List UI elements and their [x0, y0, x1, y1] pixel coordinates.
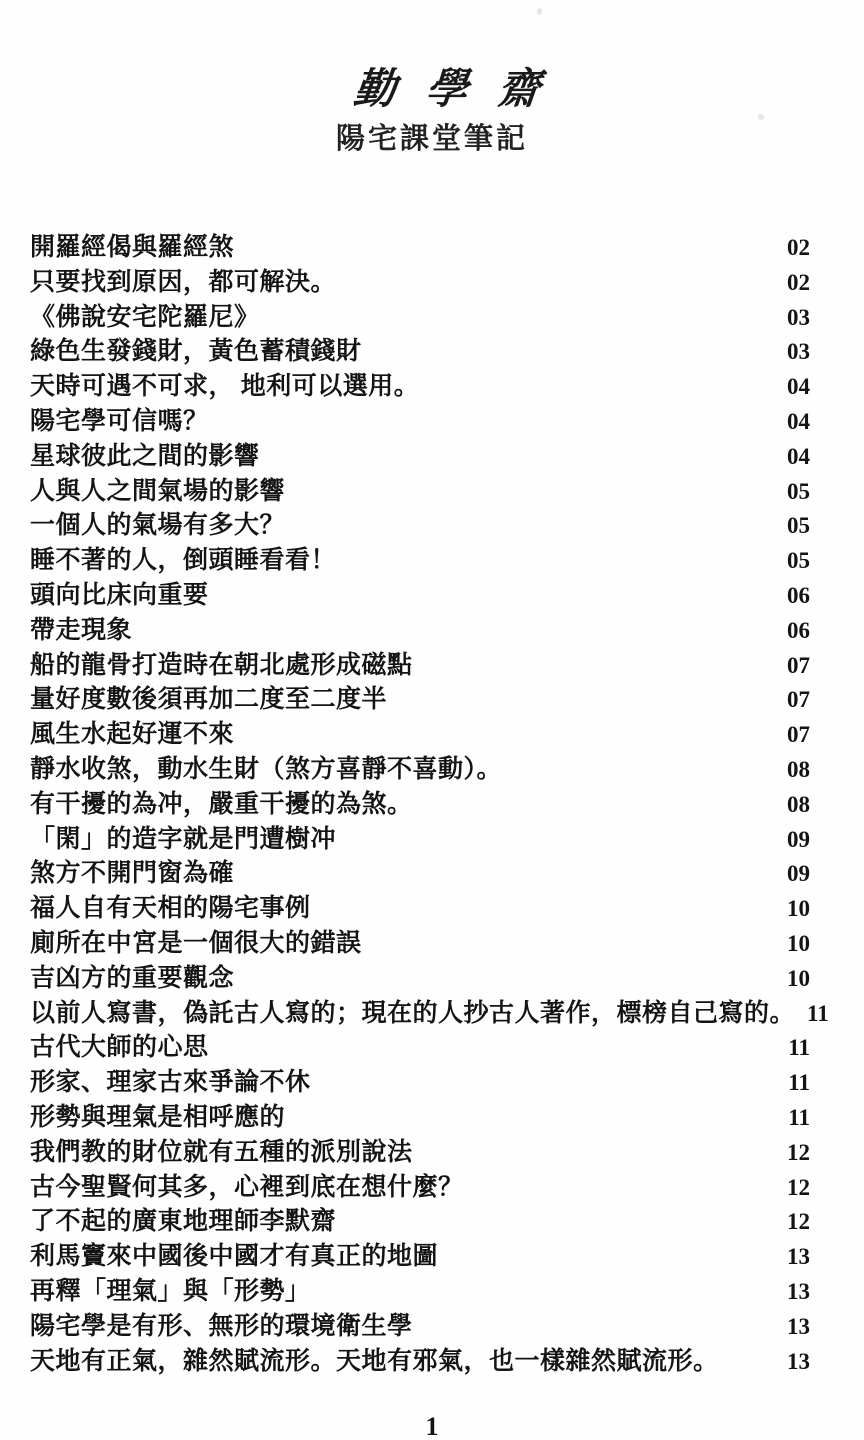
- toc-entry-title: 形勢與理氣是相呼應的: [30, 1101, 285, 1136]
- toc-entry-page: 13: [787, 1240, 810, 1275]
- toc-entry-title: 綠色生發錢財，黃色蓄積錢財: [30, 335, 362, 370]
- toc-entry: 陽宅學可信嗎？04: [30, 405, 810, 440]
- toc-entry: 吉凶方的重要觀念10: [30, 962, 810, 997]
- toc-entry-page: 05: [787, 475, 810, 510]
- toc-entry-page: 11: [788, 1101, 810, 1136]
- toc-entry-page: 08: [787, 753, 810, 788]
- toc-entry-page: 12: [787, 1171, 810, 1206]
- toc-entry-page: 11: [788, 1031, 810, 1066]
- toc-entry-page: 06: [787, 579, 810, 614]
- toc-entry-title: 風生水起好運不來: [30, 718, 234, 753]
- studio-calligraphy-title: 勤學齋: [0, 56, 864, 116]
- document-page: 勤學齋 陽宅課堂筆記 開羅經偈與羅經煞02只要找到原因，都可解決。02《佛說安宅…: [0, 0, 864, 1440]
- toc-entry: 廁所在中宮是一個很大的錯誤10: [30, 927, 810, 962]
- toc-entry-page: 02: [787, 266, 810, 301]
- toc-entry: 靜水收煞，動水生財（煞方喜靜不喜動）。08: [30, 753, 810, 788]
- toc-entry: 只要找到原因，都可解決。02: [30, 266, 810, 301]
- toc-entry-title: 福人自有天相的陽宅事例: [30, 892, 311, 927]
- toc-entry: 福人自有天相的陽宅事例10: [30, 892, 810, 927]
- toc-entry: 煞方不開門窗為確09: [30, 857, 810, 892]
- toc-entry-page: 11: [807, 997, 829, 1032]
- toc-entry: 頭向比床向重要06: [30, 579, 810, 614]
- toc-entry: 睡不著的人，倒頭睡看看！05: [30, 544, 810, 579]
- toc-entry-title: 天地有正氣，雜然賦流形。天地有邪氣，也一樣雜然賦流形。: [30, 1345, 719, 1380]
- toc-entry-page: 03: [787, 301, 810, 336]
- toc-entry-title: 星球彼此之間的影響: [30, 440, 260, 475]
- toc-entry-title: 陽宅學是有形、無形的環境衛生學: [30, 1310, 413, 1345]
- toc-entry: 人與人之間氣場的影響05: [30, 475, 810, 510]
- toc-entry-title: 一個人的氣場有多大？: [30, 509, 285, 544]
- toc-entry-page: 10: [787, 892, 810, 927]
- toc-entry-page: 12: [787, 1205, 810, 1240]
- toc-entry: 了不起的廣東地理師李默齋12: [30, 1205, 810, 1240]
- toc-entry-page: 13: [787, 1345, 810, 1380]
- toc-entry: 船的龍骨打造時在朝北處形成磁點07: [30, 649, 810, 684]
- toc-entry: 古今聖賢何其多，心裡到底在想什麼？12: [30, 1171, 810, 1206]
- toc-entry: 「閑」的造字就是門遭樹冲09: [30, 823, 810, 858]
- toc-entry-title: 古今聖賢何其多，心裡到底在想什麼？: [30, 1171, 464, 1206]
- toc-entry-title: 帶走現象: [30, 614, 132, 649]
- toc-entry: 我們教的財位就有五種的派別說法12: [30, 1136, 810, 1171]
- page-number: 1: [0, 1412, 864, 1440]
- toc-entry-page: 06: [787, 614, 810, 649]
- toc-entry-title: 形家、理家古來爭論不休: [30, 1066, 311, 1101]
- toc-entry: 形家、理家古來爭論不休11: [30, 1066, 810, 1101]
- toc-entry-title: 人與人之間氣場的影響: [30, 475, 285, 510]
- toc-entry-title: 量好度數後須再加二度至二度半: [30, 683, 387, 718]
- toc-entry-page: 10: [787, 927, 810, 962]
- toc-entry-title: 古代大師的心思: [30, 1031, 209, 1066]
- toc-entry: 利馬竇來中國後中國才有真正的地圖13: [30, 1240, 810, 1275]
- toc-entry-title: 《佛說安宅陀羅尼》: [30, 301, 260, 336]
- toc-entry: 再釋「理氣」與「形勢」13: [30, 1275, 810, 1310]
- toc-entry-page: 08: [787, 788, 810, 823]
- toc-entry-page: 09: [787, 823, 810, 858]
- toc-entry-page: 04: [787, 405, 810, 440]
- toc-entry-page: 03: [787, 335, 810, 370]
- toc-entry-page: 07: [787, 718, 810, 753]
- scan-speck: [537, 8, 542, 15]
- toc-entry-title: 了不起的廣東地理師李默齋: [30, 1205, 336, 1240]
- toc-entry-title: 開羅經偈與羅經煞: [30, 231, 234, 266]
- toc-entry: 帶走現象06: [30, 614, 810, 649]
- toc-entry-title: 頭向比床向重要: [30, 579, 209, 614]
- toc-entry: 《佛說安宅陀羅尼》03: [30, 301, 810, 336]
- toc-entry-title: 再釋「理氣」與「形勢」: [30, 1275, 311, 1310]
- toc-entry: 形勢與理氣是相呼應的11: [30, 1101, 810, 1136]
- toc-entry-page: 04: [787, 370, 810, 405]
- toc-entry-title: 天時可遇不可求， 地利可以選用。: [30, 370, 419, 405]
- toc-entry: 有干擾的為冲，嚴重干擾的為煞。08: [30, 788, 810, 823]
- toc-entry: 陽宅學是有形、無形的環境衛生學13: [30, 1310, 810, 1345]
- document-title: 陽宅課堂筆記: [0, 116, 864, 157]
- toc-entry-title: 睡不著的人，倒頭睡看看！: [30, 544, 336, 579]
- toc-entry: 天地有正氣，雜然賦流形。天地有邪氣，也一樣雜然賦流形。13: [30, 1345, 810, 1380]
- toc-entry-title: 吉凶方的重要觀念: [30, 962, 234, 997]
- toc-entry-page: 10: [787, 962, 810, 997]
- toc-entry-page: 09: [787, 857, 810, 892]
- toc-entry-page: 13: [787, 1275, 810, 1310]
- toc-entry: 綠色生發錢財，黃色蓄積錢財03: [30, 335, 810, 370]
- toc-entry-title: 有干擾的為冲，嚴重干擾的為煞。: [30, 788, 413, 823]
- toc-entry-page: 07: [787, 683, 810, 718]
- toc-entry-title: 船的龍骨打造時在朝北處形成磁點: [30, 649, 413, 684]
- toc-entry: 天時可遇不可求， 地利可以選用。04: [30, 370, 810, 405]
- toc-entry-title: 只要找到原因，都可解決。: [30, 266, 336, 301]
- toc-entry-title: 「閑」的造字就是門遭樹冲: [30, 823, 336, 858]
- toc-entry-page: 07: [787, 649, 810, 684]
- toc-entry-title: 靜水收煞，動水生財（煞方喜靜不喜動）。: [30, 753, 502, 788]
- toc-entry: 風生水起好運不來07: [30, 718, 810, 753]
- toc-entry-page: 02: [787, 231, 810, 266]
- table-of-contents: 開羅經偈與羅經煞02只要找到原因，都可解決。02《佛說安宅陀羅尼》03綠色生發錢…: [30, 231, 810, 1379]
- toc-entry: 以前人寫書，偽託古人寫的；現在的人抄古人著作，標榜自己寫的。11: [30, 997, 810, 1032]
- toc-entry-title: 我們教的財位就有五種的派別說法: [30, 1136, 413, 1171]
- toc-entry: 古代大師的心思11: [30, 1031, 810, 1066]
- toc-entry-page: 12: [787, 1136, 810, 1171]
- toc-entry-title: 廁所在中宮是一個很大的錯誤: [30, 927, 362, 962]
- toc-entry-page: 05: [787, 544, 810, 579]
- toc-entry: 星球彼此之間的影響04: [30, 440, 810, 475]
- toc-entry-page: 04: [787, 440, 810, 475]
- toc-entry: 一個人的氣場有多大？05: [30, 509, 810, 544]
- toc-entry-title: 以前人寫書，偽託古人寫的；現在的人抄古人著作，標榜自己寫的。: [30, 997, 795, 1032]
- toc-entry-page: 13: [787, 1310, 810, 1345]
- toc-entry-title: 煞方不開門窗為確: [30, 857, 234, 892]
- toc-entry: 量好度數後須再加二度至二度半07: [30, 683, 810, 718]
- toc-entry-page: 11: [788, 1066, 810, 1101]
- toc-entry: 開羅經偈與羅經煞02: [30, 231, 810, 266]
- toc-entry-title: 利馬竇來中國後中國才有真正的地圖: [30, 1240, 438, 1275]
- toc-entry-page: 05: [787, 509, 810, 544]
- toc-entry-title: 陽宅學可信嗎？: [30, 405, 209, 440]
